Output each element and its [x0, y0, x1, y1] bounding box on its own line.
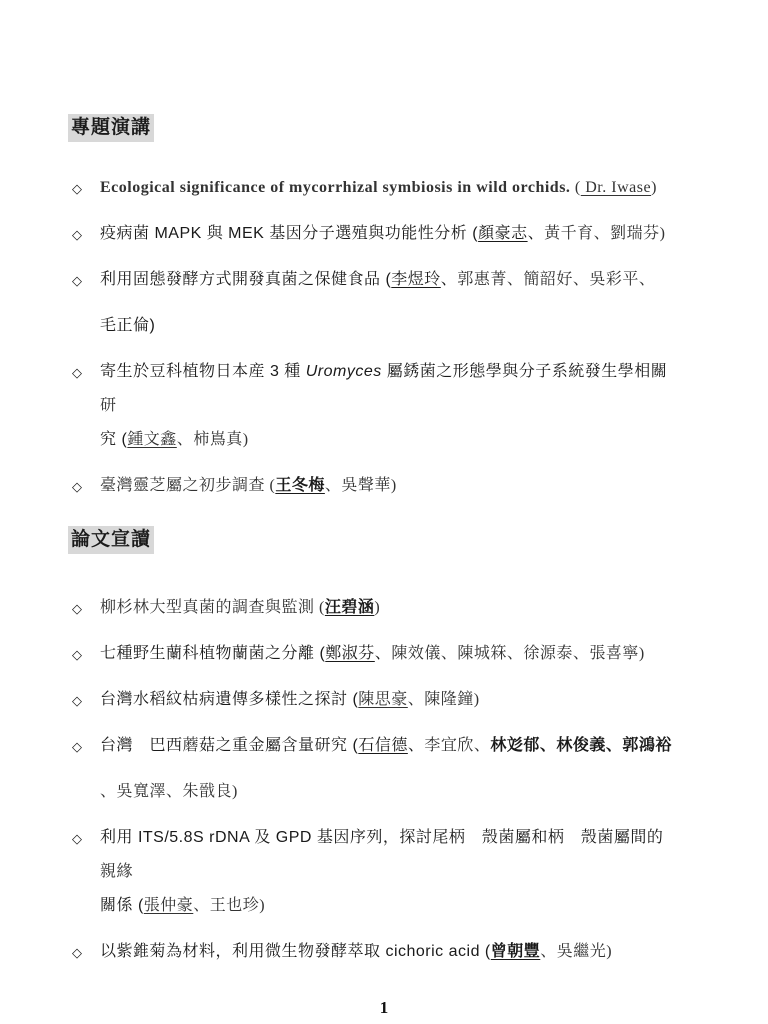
diamond-bullet-icon: ◇	[72, 361, 83, 385]
program-item: ◇臺灣靈芝屬之初步調查 (王冬梅、吳聲華)	[68, 474, 712, 498]
text-run: 疫病菌 MAPK 與 MEK 基因分子選殖與功能性分析 (	[100, 225, 478, 242]
diamond-bullet-icon: ◇	[72, 941, 83, 965]
text-run: 屬銹菌之形態學與分子系統發生學相關	[382, 363, 667, 380]
program-item: ◇利用 ITS/5.8S rDNA 及 GPD 基因序列，探討尾柄 殼菌屬和柄 …	[68, 826, 712, 918]
text-run: 臺灣靈芝屬之初步調查 (	[100, 477, 275, 494]
text-run: 利用固態發酵方式開發真菌之保健食品 (	[100, 271, 391, 288]
item-line: ◇利用固態發酵方式開發真菌之保健食品 (李煜玲、郭惠菁、簡韶好、吳彩平、	[68, 268, 712, 292]
author-name-underlined: Dr. Iwase	[581, 179, 651, 196]
author-name-underlined: 石信德	[358, 737, 408, 754]
keynote-item-list: ◇Ecological significance of mycorrhizal …	[68, 176, 712, 498]
diamond-bullet-icon: ◇	[72, 827, 83, 851]
text-run: 利用 ITS/5.8S rDNA 及 GPD 基因序列，探討尾柄 殼菌屬和柄 殼…	[100, 829, 663, 846]
author-name-underlined: 顏豪志	[478, 225, 528, 242]
author-name-underlined: 陳思豪	[358, 691, 408, 708]
text-run: 郭惠菁、簡韶好、吳彩平、	[457, 271, 655, 288]
text-run: 黃千育、劉瑞芬)	[544, 225, 665, 242]
program-item: ◇台灣水稻紋枯病遺傳多樣性之探討 (陳思豪、陳隆鐘)	[68, 688, 712, 712]
diamond-bullet-icon: ◇	[72, 269, 83, 293]
author-name-underlined: 汪碧涵	[325, 599, 375, 616]
item-line: 親緣	[68, 860, 712, 884]
item-line: 研	[68, 394, 712, 418]
text-run: 蘑	[183, 737, 200, 754]
text-run: 、吳寬澤、朱戩良)	[100, 783, 238, 800]
text-run: 、吳聲華)	[325, 477, 397, 494]
text-run: 、吳繼光)	[540, 943, 612, 960]
author-name-underlined: 曾朝豐	[491, 943, 541, 960]
diamond-bullet-icon: ◇	[72, 643, 83, 667]
item-line: ◇台灣 巴西蘑菇之重金屬含量研究 (石信德、李宜欣、林彣郁、林俊義、郭鴻裕	[68, 734, 712, 758]
diamond-bullet-icon: ◇	[72, 475, 83, 499]
text-run: 寄生於豆科植物日本産 3 種	[100, 363, 306, 380]
program-item: ◇七種野生蘭科植物蘭菌之分離 (鄭淑芬、陳效儀、陳城箖、徐源泰、張喜寧)	[68, 642, 712, 666]
program-item: ◇利用固態發酵方式開發真菌之保健食品 (李煜玲、郭惠菁、簡韶好、吳彩平、毛正倫)	[68, 268, 712, 338]
item-line: 究 (鍾文鑫、柿嶌真)	[68, 428, 712, 452]
author-name-underlined: 鄭淑芬	[325, 645, 375, 662]
text-run: 、陳隆鐘)	[408, 691, 480, 708]
text-run: 、	[375, 645, 392, 662]
text-run: )	[651, 179, 657, 196]
program-item: ◇Ecological significance of mycorrhizal …	[68, 176, 712, 200]
section-heading-highlight: 論文宣讀	[68, 526, 154, 554]
text-run: 、柿嶌真)	[177, 431, 249, 448]
item-line: ◇利用 ITS/5.8S rDNA 及 GPD 基因序列，探討尾柄 殼菌屬和柄 …	[68, 826, 712, 850]
item-line: ◇疫病菌 MAPK 與 MEK 基因分子選殖與功能性分析 (顏豪志、黃千育、劉瑞…	[68, 222, 712, 246]
diamond-bullet-icon: ◇	[72, 177, 83, 201]
page-number: 1	[0, 998, 768, 1018]
text-run: 以紫錐菊為材料，利用微生物發酵萃取 cichoric acid (	[100, 943, 491, 960]
author-name-underlined: 李煜玲	[391, 271, 441, 288]
item-line: ◇台灣水稻紋枯病遺傳多樣性之探討 (陳思豪、陳隆鐘)	[68, 688, 712, 712]
item-line: 、吳寬澤、朱戩良)	[68, 780, 712, 804]
text-run: 、王也珍)	[193, 897, 265, 914]
author-name-underlined: 王冬梅	[275, 477, 325, 494]
item-line: ◇七種野生蘭科植物蘭菌之分離 (鄭淑芬、陳效儀、陳城箖、徐源泰、張喜寧)	[68, 642, 712, 666]
item-line: ◇Ecological significance of mycorrhizal …	[68, 176, 712, 200]
paper-item-list: ◇柳杉林大型真菌的調查與監測 (汪碧涵)◇七種野生蘭科植物蘭菌之分離 (鄭淑芬、…	[68, 596, 712, 964]
text-run: 、	[408, 737, 425, 754]
text-run: 柳杉林大型真菌的調查與監測 (	[100, 599, 325, 616]
item-line: 關係 (張仲豪、王也珍)	[68, 894, 712, 918]
text-run: 研	[100, 397, 117, 414]
text-run: 菇之重金屬含量研究 (	[199, 737, 358, 754]
item-line: ◇柳杉林大型真菌的調查與監測 (汪碧涵)	[68, 596, 712, 620]
text-run: (	[570, 179, 580, 196]
text-run: 台灣 巴西	[100, 737, 183, 754]
section-heading-papers: 論文宣讀	[68, 526, 768, 554]
program-item: ◇柳杉林大型真菌的調查與監測 (汪碧涵)	[68, 596, 712, 620]
text-run: 七種野生蘭科植物蘭菌之分離 (	[100, 645, 325, 662]
text-run: 台灣水稻紋枯病遺傳多樣性之探討 (	[100, 691, 358, 708]
author-name-underlined: 張仲豪	[144, 897, 194, 914]
item-line: ◇以紫錐菊為材料，利用微生物發酵萃取 cichoric acid (曾朝豐、吳繼…	[68, 940, 712, 964]
item-line: 毛正倫)	[68, 314, 712, 338]
text-run: 究 (	[100, 431, 127, 448]
text-run: 、	[441, 271, 458, 288]
text-run: 林彣郁、林俊義、郭鴻裕	[490, 737, 672, 754]
section-heading-keynote: 專題演講	[68, 114, 768, 142]
diamond-bullet-icon: ◇	[72, 689, 83, 713]
text-run: 陳效儀、陳城箖、徐源泰、張喜寧)	[391, 645, 644, 662]
program-item: ◇以紫錐菊為材料，利用微生物發酵萃取 cichoric acid (曾朝豐、吳繼…	[68, 940, 712, 964]
section-heading-highlight: 專題演講	[68, 114, 154, 142]
author-name-underlined: 鍾文鑫	[127, 431, 177, 448]
text-run: 、	[528, 225, 545, 242]
text-run: 關係 (	[100, 897, 144, 914]
text-run: Ecological significance of mycorrhizal s…	[100, 179, 570, 196]
text-run: 親緣	[100, 863, 133, 880]
diamond-bullet-icon: ◇	[72, 597, 83, 621]
text-run: )	[374, 599, 380, 616]
diamond-bullet-icon: ◇	[72, 223, 83, 247]
diamond-bullet-icon: ◇	[72, 735, 83, 759]
program-item: ◇寄生於豆科植物日本産 3 種 Uromyces 屬銹菌之形態學與分子系統發生學…	[68, 360, 712, 452]
item-line: ◇臺灣靈芝屬之初步調查 (王冬梅、吳聲華)	[68, 474, 712, 498]
item-line: ◇寄生於豆科植物日本産 3 種 Uromyces 屬銹菌之形態學與分子系統發生學…	[68, 360, 712, 384]
text-run: 李宜欣、	[424, 737, 490, 754]
text-run: 毛正倫)	[100, 317, 155, 334]
document-page: 專題演講 ◇Ecological significance of mycorrh…	[0, 0, 768, 1024]
program-item: ◇疫病菌 MAPK 與 MEK 基因分子選殖與功能性分析 (顏豪志、黃千育、劉瑞…	[68, 222, 712, 246]
program-item: ◇台灣 巴西蘑菇之重金屬含量研究 (石信德、李宜欣、林彣郁、林俊義、郭鴻裕、吳寬…	[68, 734, 712, 804]
text-run: Uromyces	[306, 363, 382, 380]
